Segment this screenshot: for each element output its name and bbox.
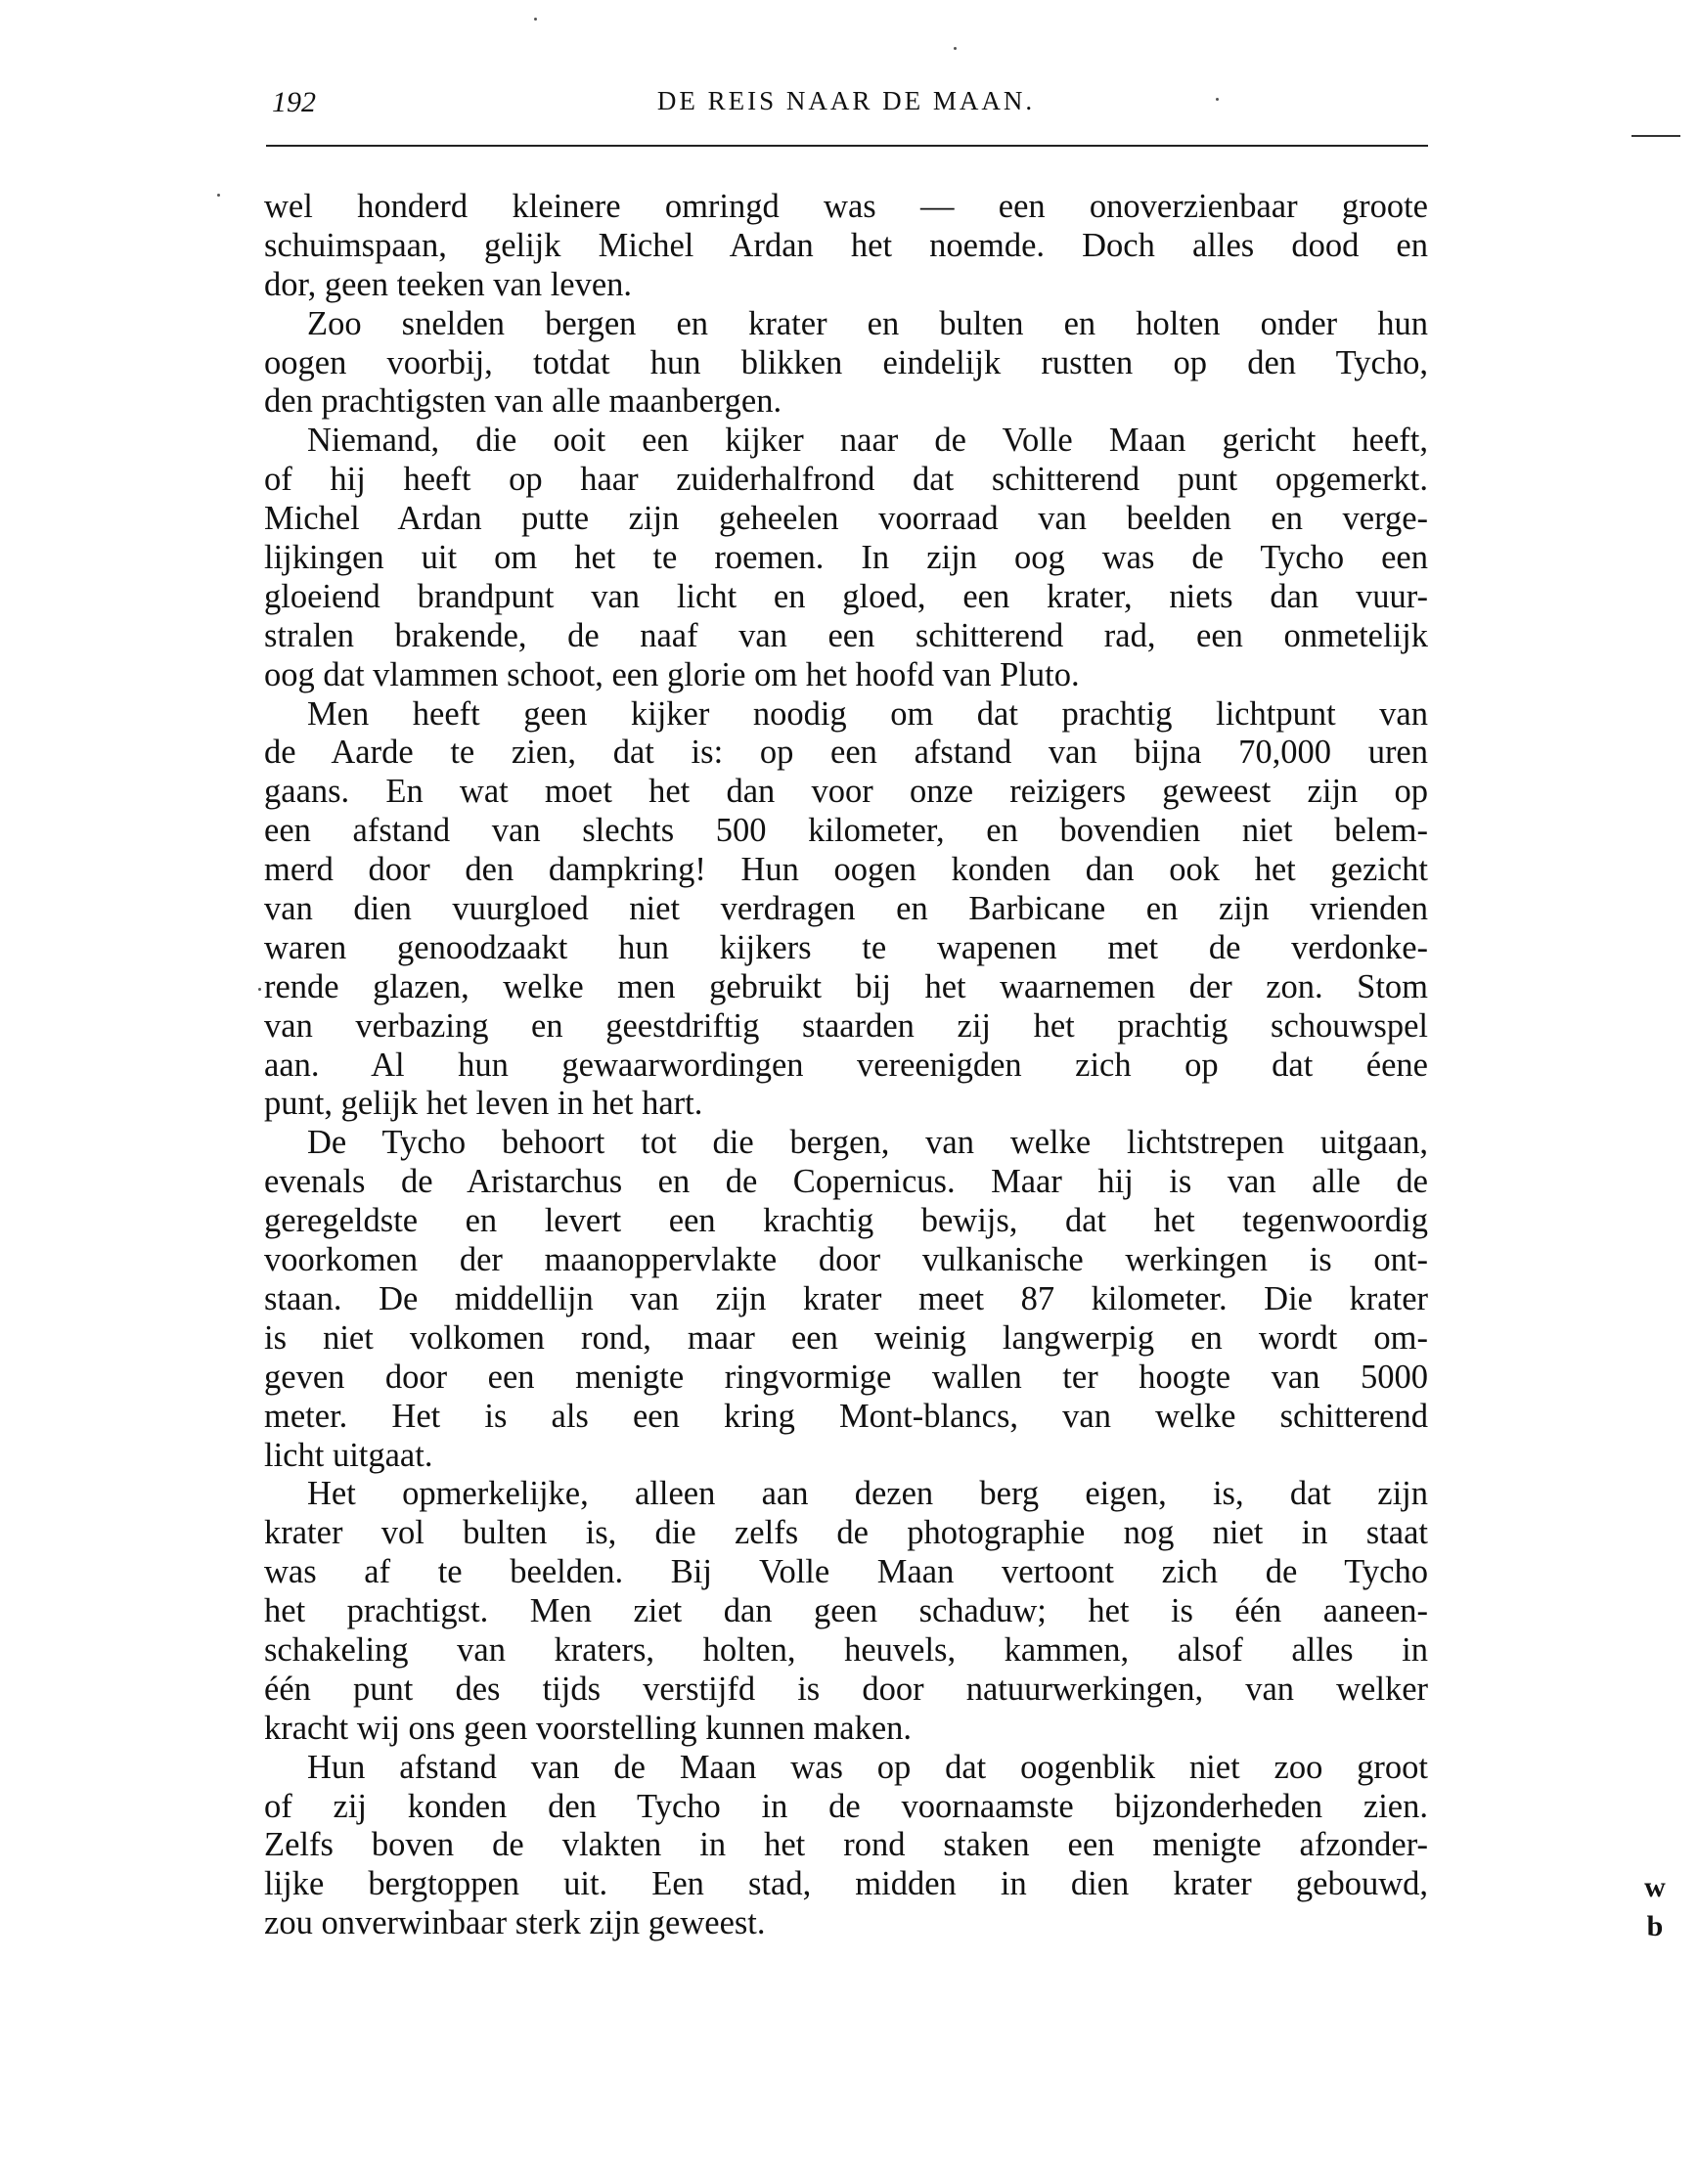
text-line: oog dat vlammen schoot, een glorie om he… — [264, 656, 1428, 695]
scan-speck — [534, 18, 537, 21]
text-line: is niet volkomen rond, maar een weinig l… — [264, 1319, 1428, 1359]
text-line: evenals de Aristarchus en de Copernicus.… — [264, 1163, 1428, 1202]
text-line: voorkomen der maanoppervlakte door vulka… — [264, 1241, 1428, 1280]
text-line: den prachtigsten van alle maanbergen. — [264, 382, 1428, 422]
text-line: de Aarde te zien, dat is: op een afstand… — [264, 734, 1428, 773]
scan-speck — [217, 194, 220, 197]
text-line: of zij konden den Tycho in de voornaamst… — [264, 1788, 1428, 1827]
text-line: punt, gelijk het leven in het hart. — [264, 1085, 1428, 1124]
text-line: was af te beelden. Bij Volle Maan vertoo… — [264, 1553, 1428, 1592]
text-line: stralen brakende, de naaf van een schitt… — [264, 617, 1428, 656]
margin-note: w — [1635, 1868, 1675, 1907]
margin-rule — [1631, 135, 1680, 137]
text-line: licht uitgaat. — [264, 1437, 1428, 1476]
text-line: aan. Al hun gewaarwordingen vereenigden … — [264, 1047, 1428, 1086]
text-line: van dien vuurgloed niet verdragen en Bar… — [264, 890, 1428, 929]
text-line: dor, geen teeken van leven. — [264, 266, 1428, 305]
running-head: 192 DE REIS NAAR DE MAAN. — [264, 80, 1428, 123]
text-line: rende glazen, welke men gebruikt bij het… — [264, 968, 1428, 1007]
text-line: staan. De middellijn van zijn krater mee… — [264, 1280, 1428, 1319]
text-line: Niemand, die ooit een kijker naar de Vol… — [264, 422, 1428, 461]
text-line: of hij heeft op haar zuiderhalfrond dat … — [264, 461, 1428, 500]
text-line: gloeiend brandpunt van licht en gloed, e… — [264, 578, 1428, 617]
margin-note: b — [1635, 1907, 1675, 1946]
text-line: gaans. En wat moet het dan voor onze rei… — [264, 773, 1428, 812]
text-line: Het opmerkelijke, alleen aan dezen berg … — [264, 1475, 1428, 1514]
header-rule — [266, 145, 1428, 147]
book-page: 192 DE REIS NAAR DE MAAN. wel honderd kl… — [0, 0, 1698, 2184]
text-line: oogen voorbij, totdat hun blikken eindel… — [264, 344, 1428, 383]
margin-notes: w b — [1635, 1868, 1675, 1946]
text-line: Zoo snelden bergen en krater en bulten e… — [264, 305, 1428, 344]
text-line: meter. Het is als een kring Mont-blancs,… — [264, 1398, 1428, 1437]
scan-speck — [258, 988, 261, 991]
text-line: waren genoodzaakt hun kijkers te wapenen… — [264, 929, 1428, 968]
text-line: kracht wij ons geen voorstelling kunnen … — [264, 1710, 1428, 1749]
text-line: zou onverwinbaar sterk zijn geweest. — [264, 1904, 1428, 1943]
scan-speck — [954, 47, 957, 50]
text-line: schakeling van kraters, holten, heuvels,… — [264, 1631, 1428, 1671]
text-line: van verbazing en geestdriftig staarden z… — [264, 1007, 1428, 1047]
text-line: het prachtigst. Men ziet dan geen schadu… — [264, 1592, 1428, 1631]
body-text: wel honderd kleinere omringd was — een o… — [264, 188, 1428, 1943]
text-line: merd door den dampkring! Hun oogen konde… — [264, 851, 1428, 890]
text-line: één punt des tijds verstijfd is door nat… — [264, 1671, 1428, 1710]
text-line: lijkingen uit om het te roemen. In zijn … — [264, 539, 1428, 578]
text-line: Michel Ardan putte zijn geheelen voorraa… — [264, 500, 1428, 539]
scan-speck — [1216, 98, 1219, 101]
text-line: een afstand van slechts 500 kilometer, e… — [264, 812, 1428, 851]
running-title: DE REIS NAAR DE MAAN. — [264, 86, 1428, 116]
text-line: krater vol bulten is, die zelfs de photo… — [264, 1514, 1428, 1553]
text-line: Hun afstand van de Maan was op dat oogen… — [264, 1749, 1428, 1788]
text-line: Zelfs boven de vlakten in het rond stake… — [264, 1826, 1428, 1865]
text-line: geregeldste en levert een krachtig bewij… — [264, 1202, 1428, 1241]
text-line: Men heeft geen kijker noodig om dat prac… — [264, 695, 1428, 735]
text-line: lijke bergtoppen uit. Een stad, midden i… — [264, 1865, 1428, 1904]
text-line: geven door een menigte ringvormige walle… — [264, 1359, 1428, 1398]
text-line: De Tycho behoort tot die bergen, van wel… — [264, 1124, 1428, 1163]
text-line: schuimspaan, gelijk Michel Ardan het noe… — [264, 227, 1428, 266]
text-line: wel honderd kleinere omringd was — een o… — [264, 188, 1428, 227]
